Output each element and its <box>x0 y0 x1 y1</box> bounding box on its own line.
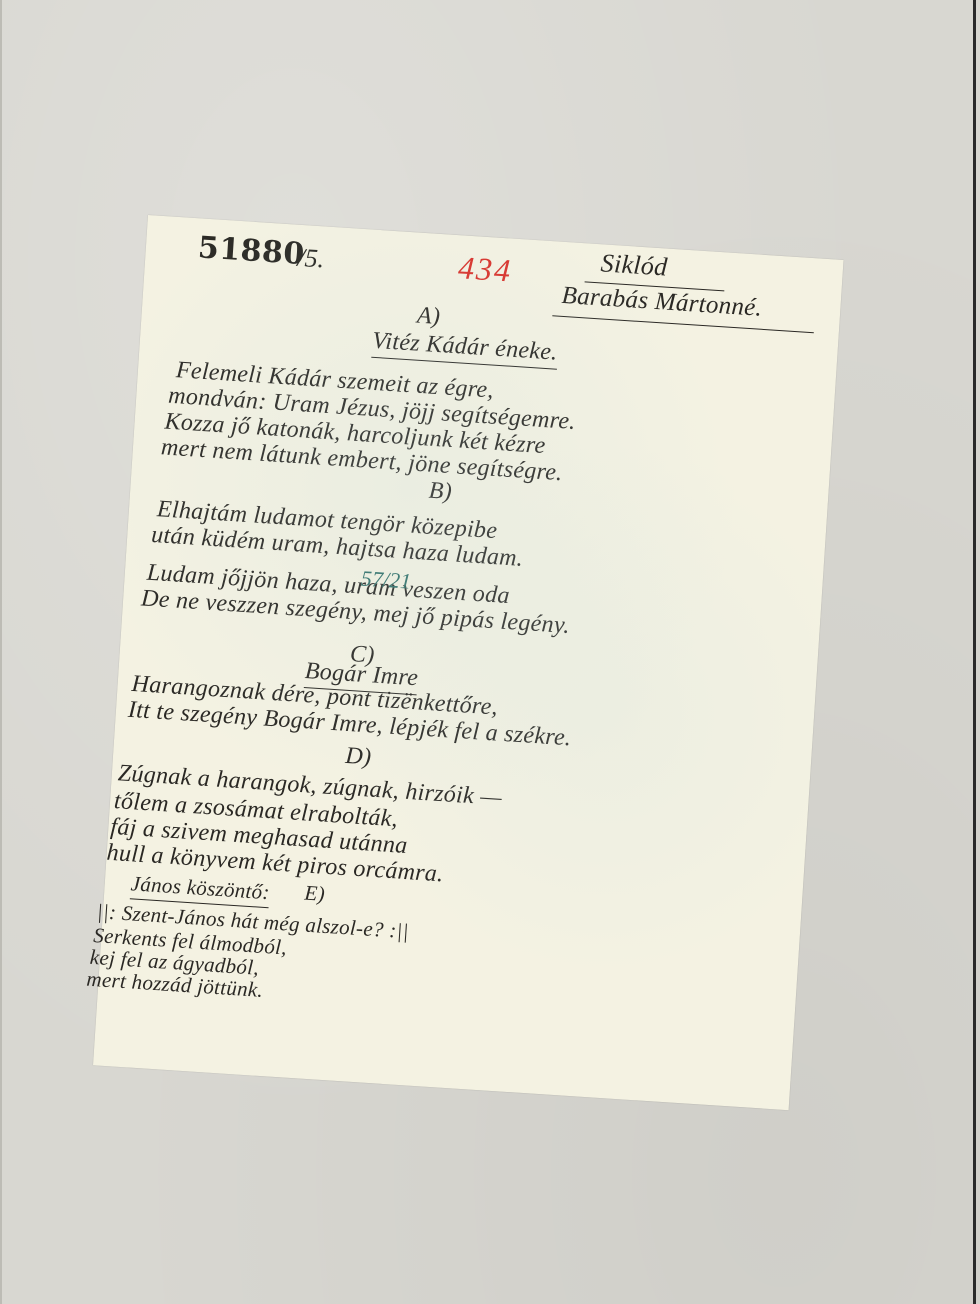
section-d-letter: D) <box>345 743 373 772</box>
manuscript-sheet: 51880 /5. 434 Siklód Barabás Mártonné. A… <box>93 215 844 1110</box>
green-annotation: 57/21 <box>360 566 412 595</box>
informant-underline <box>552 315 814 333</box>
section-e-letter: E) <box>304 881 326 907</box>
section-a-letter: A) <box>416 303 441 331</box>
section-b-letter: B) <box>428 478 453 506</box>
catalog-suffix: /5. <box>297 243 326 275</box>
informant-name: Barabás Mártonné. <box>561 282 763 323</box>
location-name: Siklód <box>600 248 669 282</box>
catalog-number: 51880 <box>197 230 306 272</box>
mount-board: 51880 /5. 434 Siklód Barabás Mártonné. A… <box>0 0 980 1304</box>
mount-right-edge <box>973 0 976 1304</box>
mount-left-edge <box>0 0 2 1304</box>
section-a-title: Vitéz Kádár éneke. <box>371 328 558 370</box>
red-item-number: 434 <box>457 249 513 289</box>
